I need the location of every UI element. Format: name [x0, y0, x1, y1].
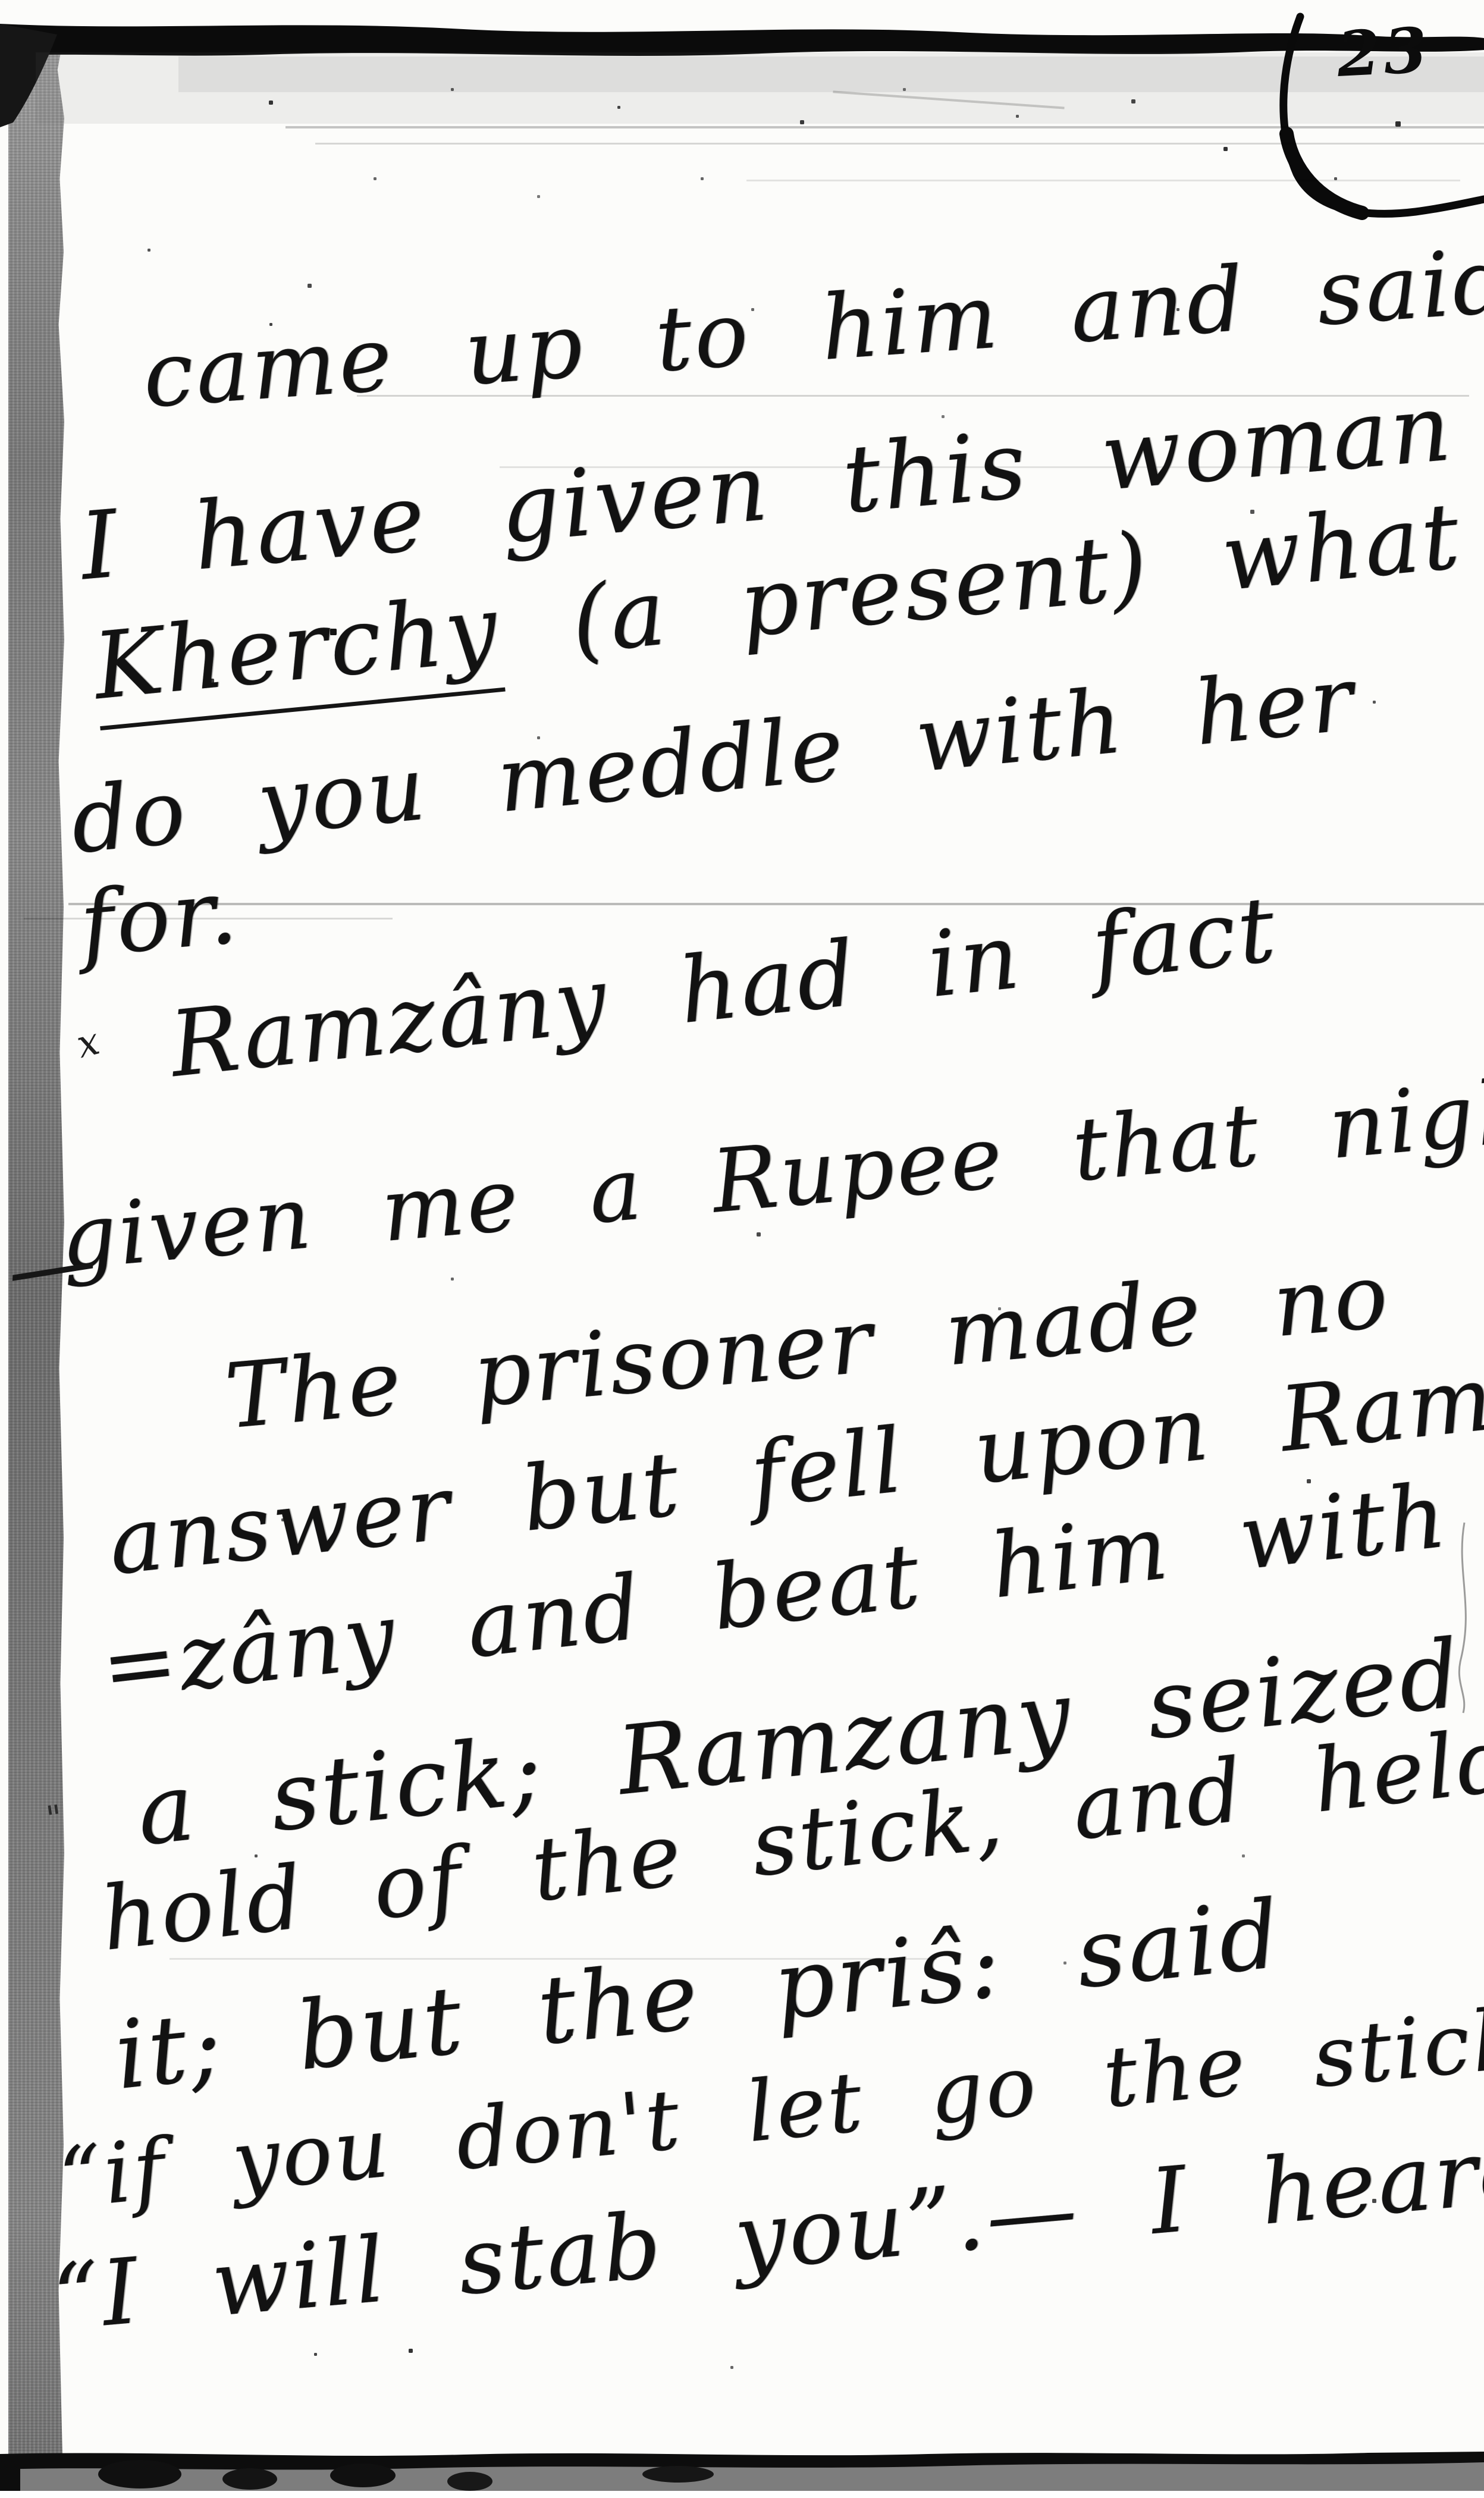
- top-edge-shadow: [0, 24, 1484, 56]
- ink-speckles: [0, 0, 1, 1]
- scan-artifact-line: [285, 126, 1484, 128]
- bottom-gray-band: [0, 2459, 1484, 2491]
- scan-artifact-line: [315, 143, 1484, 145]
- margin-dash-mark: —: [1, 1214, 103, 1316]
- scan-artifact-scratch: [833, 90, 1064, 109]
- manuscript-scan-page: 23 came up to him and said I have given …: [0, 0, 1484, 2498]
- bottom-edge-shadow: [0, 2452, 1484, 2469]
- insertion-mark: x: [73, 1022, 103, 1065]
- paren-flourish-thick: [1287, 134, 1362, 213]
- handwriting-line: for.: [76, 859, 243, 978]
- scan-artifact-line: [746, 180, 1460, 181]
- handwriting-line: Ramzâny had in fact: [165, 876, 1282, 1099]
- page-number: 23: [1335, 19, 1432, 86]
- underlined-word: Kherchy: [89, 575, 505, 730]
